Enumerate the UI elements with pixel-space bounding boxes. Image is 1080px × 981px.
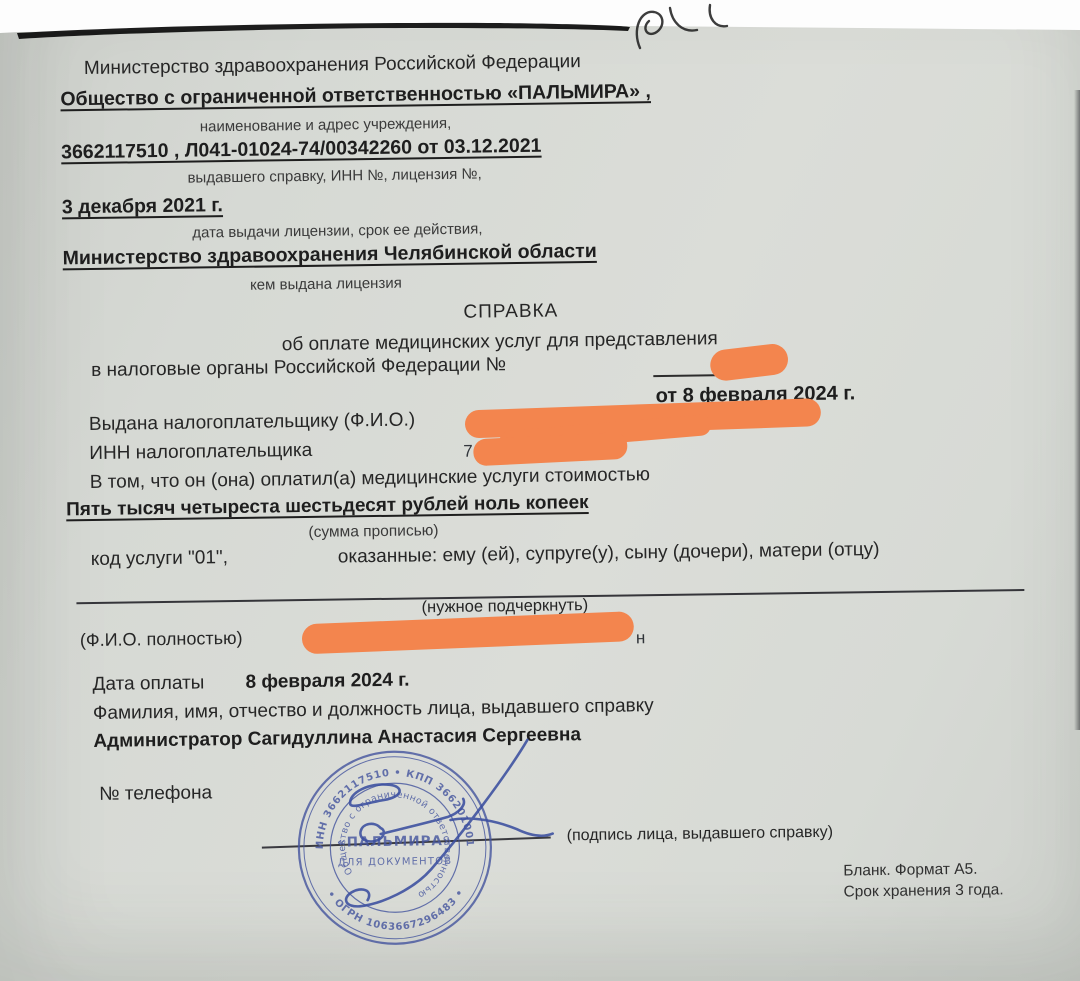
license-number-line: 3662117510 , Л041-01024-74/00342260 от 0… [61,135,542,165]
form-note-line2: Срок хранения 3 года. [843,881,1003,901]
document-content: Министерство здравоохранения Российской … [0,0,1080,981]
license-caption: выдавшего справку, ИНН №, лицензия №, [187,165,481,186]
organization-caption: наименование и адрес учреждения, [200,115,452,136]
organization-name: Общество с ограниченной ответственностью… [60,80,651,111]
title-subline-1: об оплате медицинских услуг для представ… [282,328,718,356]
payment-date-value: 8 февраля 2024 г. [245,670,409,694]
full-name-label: (Ф.И.О. полностью) [80,628,243,651]
ministry-line: Министерство здравоохранения Российской … [84,51,581,80]
rendered-to-line: оказанные: ему (ей), супруге(у), сыну (д… [338,539,880,569]
amount-in-words: Пять тысяч четыреста шестьдесят рублей н… [66,492,589,521]
license-date-caption: дата выдачи лицензии, срок ее действия, [192,220,482,241]
document-photo: Министерство здравоохранения Российской … [0,0,1080,981]
issuer-person-caption: Фамилия, имя, отчество и должность лица,… [93,695,654,725]
taxpayer-inn-label: ИНН налогоплательщика [89,440,312,465]
amount-caption: (сумма прописью) [308,522,438,542]
service-code: код услуги "01", [91,547,228,571]
signature-icon [253,735,576,964]
form-note-line1: Бланк. Формат А5. [843,861,977,881]
payment-date-label: Дата оплаты [92,672,204,696]
fullname-visible-fragment: н [636,628,646,648]
license-issuer-caption: кем выдана лицензия [250,275,402,294]
redaction-blob-fullname [301,611,634,654]
document-title: СПРАВКА [463,300,558,323]
title-subline-2: в налоговые органы Российской Федерации … [91,354,506,382]
paid-services-line: В том, что он (она) оплатил(а) медицинск… [90,464,651,494]
redaction-blob-number [709,342,790,382]
signature-caption: (подпись лица, выдавшего справку) [567,824,833,846]
taxpayer-name-label: Выдана налогоплательщику (Ф.И.О.) [89,409,415,436]
phone-label: № телефона [99,782,212,806]
license-date: 3 декабря 2021 г. [62,194,223,219]
license-issuer: Министерство здравоохранения Челябинской… [62,240,596,270]
inn-visible-fragment: 7 [463,442,473,462]
certificate-number-underline [653,374,715,377]
